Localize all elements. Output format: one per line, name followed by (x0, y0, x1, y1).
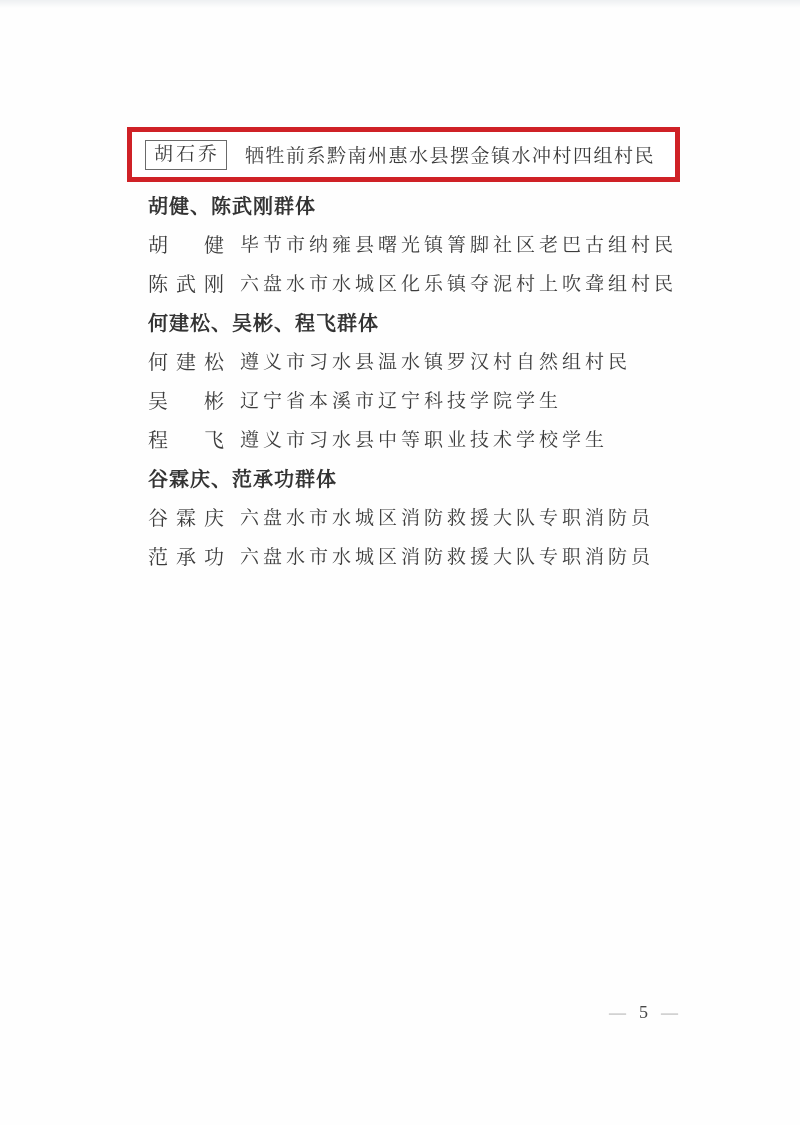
document-page: 胡石乔 牺牲前系黔南州惠水县摆金镇水冲村四组村民 胡健、陈武刚群体 胡 健 毕节… (0, 0, 800, 1125)
content-list: 胡健、陈武刚群体 胡 健 毕节市纳雍县曙光镇箐脚社区老巴古组村民 陈武刚 六盘水… (148, 185, 677, 575)
member-name: 何建松 (148, 346, 240, 375)
member-name: 范承功 (148, 541, 240, 570)
name-box: 胡石乔 (145, 140, 227, 170)
member-description: 遵义市习水县中等职业技术学校学生 (240, 425, 608, 452)
member-row: 程 飞 遵义市习水县中等职业技术学校学生 (148, 419, 677, 458)
group-heading-1: 胡健、陈武刚群体 (148, 185, 677, 224)
footer-dash-right: — (661, 1003, 678, 1023)
footer-page-number: 5 (639, 1002, 648, 1023)
member-name: 谷霖庆 (148, 502, 240, 531)
member-description: 六盘水市水城区消防救援大队专职消防员 (240, 503, 654, 530)
member-row: 胡 健 毕节市纳雍县曙光镇箐脚社区老巴古组村民 (148, 224, 677, 263)
highlighted-name: 胡石乔 (154, 144, 220, 165)
member-description: 毕节市纳雍县曙光镇箐脚社区老巴古组村民 (240, 230, 677, 257)
highlight-rectangle: 胡石乔 牺牲前系黔南州惠水县摆金镇水冲村四组村民 (127, 127, 680, 182)
group-heading-2: 何建松、吴彬、程飞群体 (148, 302, 677, 341)
member-row: 陈武刚 六盘水市水城区化乐镇夺泥村上吹聋组村民 (148, 263, 677, 302)
member-row: 吴 彬 辽宁省本溪市辽宁科技学院学生 (148, 380, 677, 419)
member-name: 吴 彬 (148, 385, 240, 414)
member-row: 范承功 六盘水市水城区消防救援大队专职消防员 (148, 536, 677, 575)
group-heading-3: 谷霖庆、范承功群体 (148, 458, 677, 497)
highlighted-description: 牺牲前系黔南州惠水县摆金镇水冲村四组村民 (245, 141, 655, 168)
member-description: 遵义市习水县温水镇罗汉村自然组村民 (240, 347, 631, 374)
member-name: 胡 健 (148, 229, 240, 258)
member-name: 陈武刚 (148, 268, 240, 297)
member-row: 谷霖庆 六盘水市水城区消防救援大队专职消防员 (148, 497, 677, 536)
footer-dash-left: — (609, 1003, 626, 1023)
member-description: 六盘水市水城区化乐镇夺泥村上吹聋组村民 (240, 269, 677, 296)
member-name: 程 飞 (148, 424, 240, 453)
page-footer: — 5 — (609, 1002, 678, 1023)
member-description: 六盘水市水城区消防救援大队专职消防员 (240, 542, 654, 569)
member-row: 何建松 遵义市习水县温水镇罗汉村自然组村民 (148, 341, 677, 380)
member-description: 辽宁省本溪市辽宁科技学院学生 (240, 386, 562, 413)
